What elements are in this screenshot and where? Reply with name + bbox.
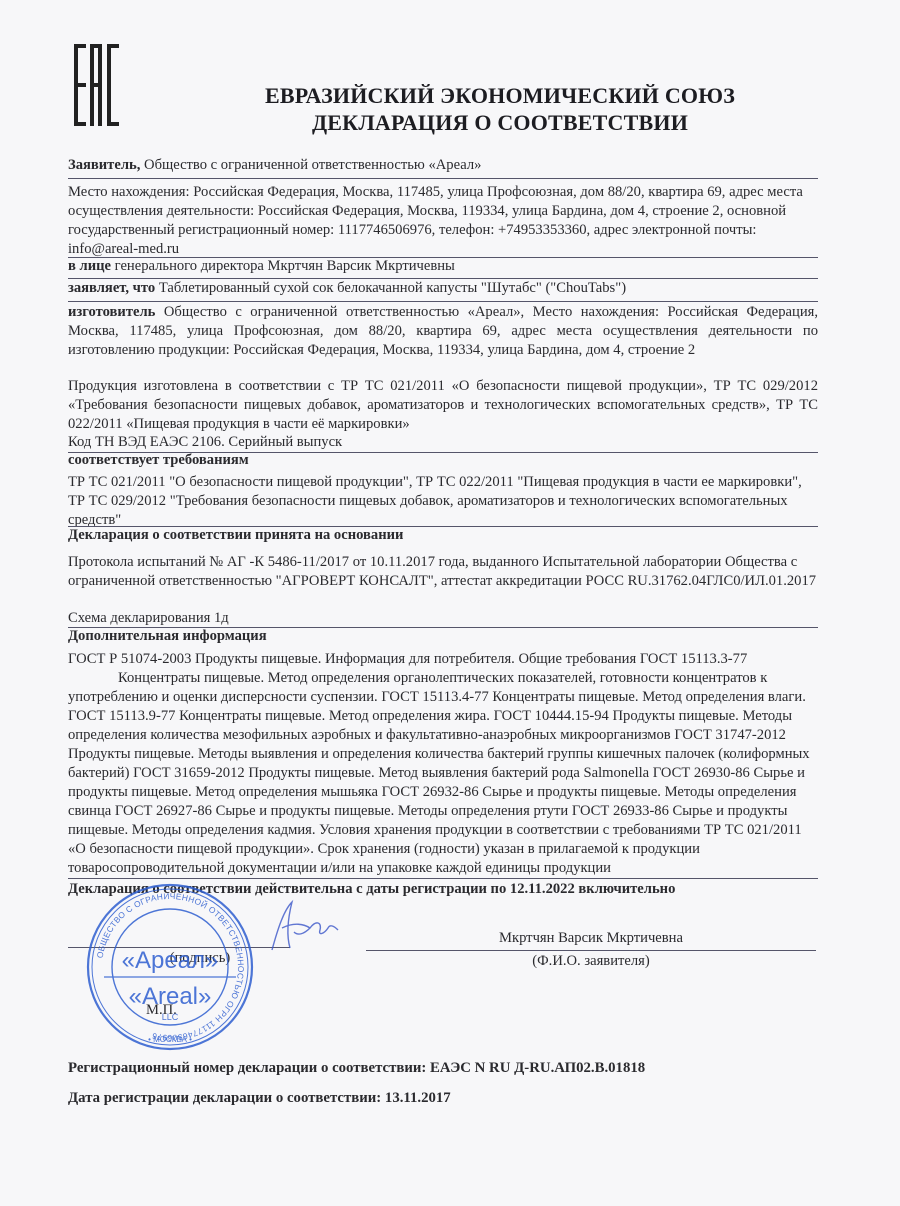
manufacturer-value: Общество с ограниченной ответственностью… <box>68 304 818 358</box>
registration-number: Регистрационный номер декларации о соотв… <box>68 1059 818 1078</box>
additional-label: Дополнительная информация <box>68 627 818 646</box>
basis-value: Протокола испытаний № АГ -К 5486-11/2017… <box>68 553 818 591</box>
svg-text:«Areal»: «Areal» <box>129 983 212 1010</box>
additional-first-line: ГОСТ Р 51074-2003 Продукты пищевые. Инфо… <box>68 651 747 667</box>
svg-text:«Ареал»: «Ареал» <box>122 947 219 974</box>
complies-value: ТР ТС 021/2011 "О безопасности пищевой п… <box>68 473 818 530</box>
production-standards: Продукция изготовлена в соответствии с Т… <box>68 377 818 434</box>
manufacturer-label: изготовитель <box>68 304 155 320</box>
applicant-value: Общество с ограниченной ответственностью… <box>140 157 481 173</box>
svg-text:LLC: LLC <box>162 1012 179 1022</box>
applicant-row: Заявитель, Общество с ограниченной ответ… <box>68 156 818 175</box>
divider <box>68 301 818 302</box>
eac-mark-icon <box>74 44 120 126</box>
registration-date: Дата регистрации декларации о соответств… <box>68 1089 818 1108</box>
applicant-label: Заявитель, <box>68 157 140 173</box>
svg-text:• МОСКВА •: • МОСКВА • <box>148 1035 192 1044</box>
representative-value: генерального директора Мкртчян Варсик Мк… <box>111 258 455 274</box>
complies-label: соответствует требованиям <box>68 451 818 470</box>
representative-row: в лице генерального директора Мкртчян Ва… <box>68 257 818 276</box>
product-name: Таблетированный сухой сок белокачанной к… <box>155 280 626 296</box>
name-line <box>366 950 816 951</box>
manufacturer-row: изготовитель Общество с ограниченной отв… <box>68 303 818 360</box>
declares-row: заявляет, что Таблетированный сухой сок … <box>68 279 818 298</box>
applicant-name: Мкртчян Варсик Мкртичевна <box>366 930 816 947</box>
declares-label: заявляет, что <box>68 280 155 296</box>
applicant-address: Место нахождения: Российская Федерация, … <box>68 183 818 259</box>
company-stamp-icon: ОБЩЕСТВО С ОГРАНИЧЕННОЙ ОТВЕТСТВЕННОСТЬЮ… <box>82 882 258 1052</box>
name-caption: (Ф.И.О. заявителя) <box>366 953 816 970</box>
signature-scribble-icon <box>264 898 344 956</box>
title-declaration: ДЕКЛАРАЦИЯ О СООТВЕТСТВИИ <box>150 109 850 136</box>
basis-label: Декларация о соответствии принята на осн… <box>68 526 818 545</box>
divider <box>68 178 818 179</box>
document-title: ЕВРАЗИЙСКИЙ ЭКОНОМИЧЕСКИЙ СОЮЗ ДЕКЛАРАЦИ… <box>150 82 850 136</box>
representative-label: в лице <box>68 258 111 274</box>
additional-rest: Концентраты пищевые. Метод определения о… <box>68 670 810 876</box>
title-union: ЕВРАЗИЙСКИЙ ЭКОНОМИЧЕСКИЙ СОЮЗ <box>150 82 850 109</box>
divider <box>68 878 818 879</box>
additional-info: ГОСТ Р 51074-2003 Продукты пищевые. Инфо… <box>68 650 818 878</box>
product-code: Код ТН ВЭД ЕАЭС 2106. Серийный выпуск <box>68 433 818 452</box>
declaration-scheme: Схема декларирования 1д <box>68 609 818 628</box>
